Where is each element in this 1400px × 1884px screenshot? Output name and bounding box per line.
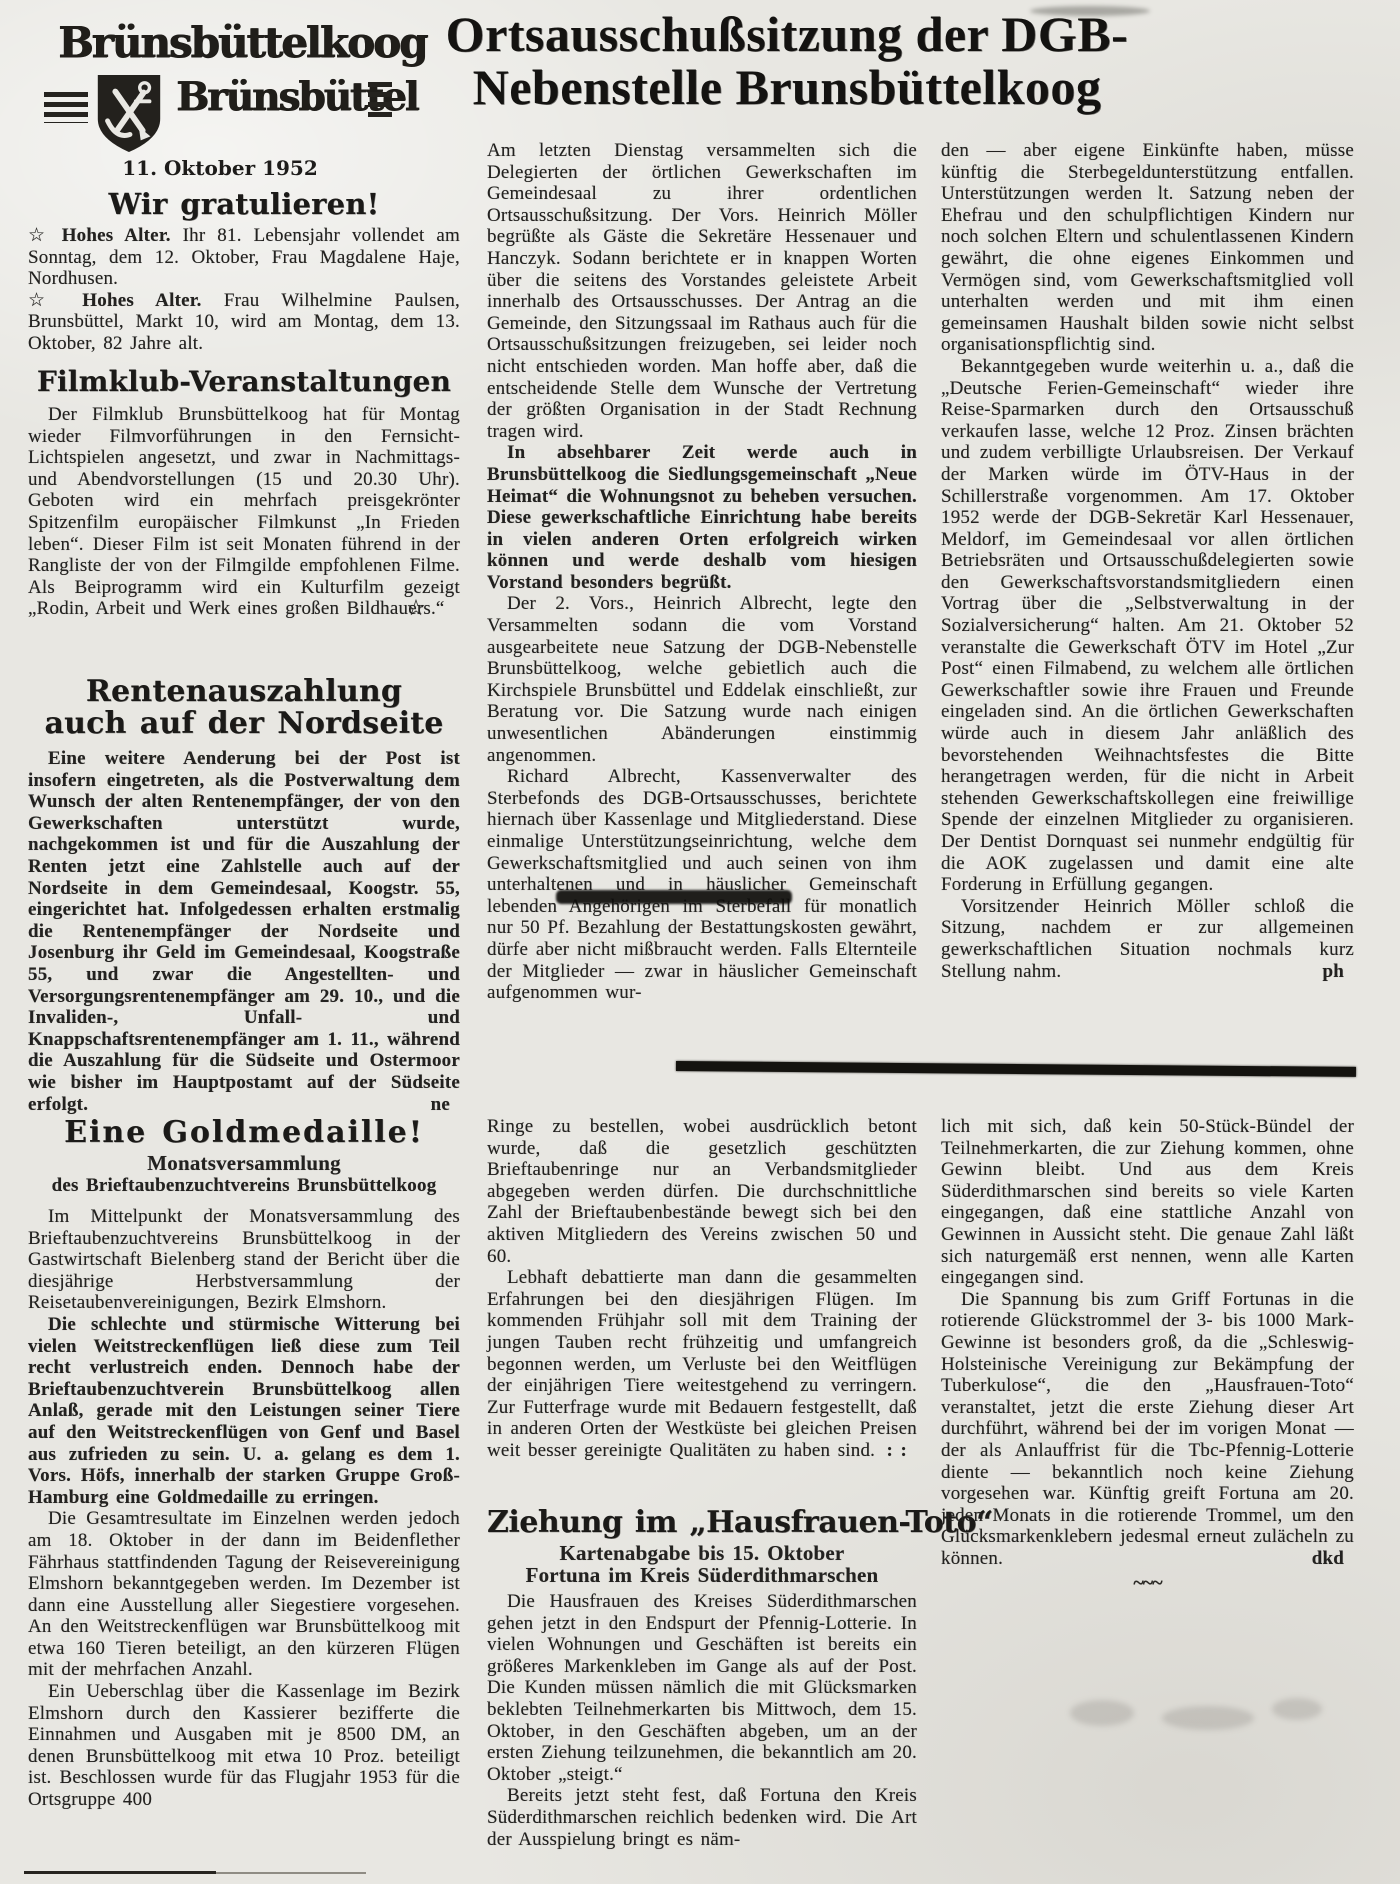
- section-heading: Wir gratulieren!: [28, 188, 460, 220]
- masthead-flourish-right: [368, 82, 392, 122]
- end-squiggle-icon: ~~~: [941, 1573, 1354, 1595]
- section-heading: Eine Goldmedaille!: [28, 1116, 460, 1149]
- paragraph: Die schlechte und stürmische Witterung b…: [28, 1314, 460, 1508]
- pencil-smudge-artifact: [1070, 1700, 1134, 1726]
- paragraph: Die Gesamtresultate im Einzelnen werden …: [28, 1508, 460, 1681]
- paragraph: den — aber eigene Einkünfte haben, müsse…: [941, 140, 1354, 356]
- issue-date: 11. Oktober 1952: [75, 156, 365, 180]
- section-heading: Filmklub-Veranstaltungen: [28, 366, 460, 397]
- section-heading-line1: Rentenauszahlung: [28, 676, 460, 708]
- section-subhead: des Brieftaubenzuchtvereins Brunsbüttelk…: [28, 1175, 460, 1197]
- paragraph: Lebhaft debattierte man dann die gesamme…: [487, 1267, 917, 1461]
- section-heading: Ziehung im „Hausfrauen-Toto“: [487, 1506, 917, 1540]
- section-goldmedaille: Eine Goldmedaille! Monatsversammlung des…: [28, 1116, 460, 1811]
- paragraph: Am letzten Dienstag versammelten sich di…: [487, 140, 917, 442]
- paragraph: Die Hausfrauen des Kreises Süderdithmars…: [487, 1591, 917, 1785]
- paragraph: Ringe zu bestellen, wobei ausdrücklich b…: [487, 1116, 917, 1267]
- paragraph: ☆ Hohes Alter. Frau Wilhelmine Paulsen, …: [28, 290, 460, 355]
- author-initials: ne: [28, 1094, 460, 1116]
- pencil-smudge-artifact: [1162, 1706, 1254, 1730]
- fortuna-continuation-column: lich mit sich, daß kein 50-Stück-Bündel …: [941, 1116, 1354, 1595]
- crossed-anchor-crest-icon: [90, 72, 168, 161]
- paragraph: lich mit sich, daß kein 50-Stück-Bündel …: [941, 1116, 1354, 1289]
- paragraph: Der Filmklub Brunsbüttelkoog hat für Mon…: [28, 404, 460, 620]
- section-subhead: Fortuna im Kreis Süderdithmarschen: [487, 1564, 917, 1586]
- paragraph-lead: Hohes Alter.: [82, 290, 201, 311]
- dgb-article-column-b: den — aber eigene Einkünfte haben, müsse…: [941, 140, 1354, 982]
- pencil-smudge-artifact: [1272, 1698, 1322, 1720]
- main-headline-line1: Ortsausschußsitzung der DGB-: [398, 8, 1176, 61]
- star-icon: ☆: [28, 290, 60, 311]
- paragraph: ☆ Hohes Alter. Ihr 81. Lebensjahr vollen…: [28, 225, 460, 290]
- masthead-flourish-left: [44, 92, 88, 123]
- section-subhead: Kartenabgabe bis 15. Oktober: [487, 1542, 917, 1564]
- star-icon: ☆: [28, 225, 50, 246]
- paragraph-lead: Hohes Alter.: [62, 225, 171, 246]
- section-heading-line2: auch auf der Nordseite: [28, 708, 460, 740]
- section-wir-gratulieren: Wir gratulieren! ☆ Hohes Alter. Ihr 81. …: [28, 188, 460, 355]
- paragraph: Bekanntgegeben wurde weiterhin u. a., da…: [941, 356, 1354, 896]
- tauben-continuation-column: Ringe zu bestellen, wobei ausdrücklich b…: [487, 1116, 917, 1462]
- page-fold-line-faint: [216, 1872, 366, 1874]
- newspaper-page: Brünsbüttelkoog Brünsbüttel 11. Oktober …: [0, 0, 1400, 1884]
- section-filmklub: Filmklub-Veranstaltungen Der Filmklub Br…: [28, 366, 460, 619]
- ink-smudge-artifact: [556, 890, 792, 904]
- paragraph: Im Mittelpunkt der Monatsversammlung des…: [28, 1206, 460, 1314]
- page-fold-line: [24, 1871, 216, 1874]
- paragraph: Bereits jetzt steht fest, daß Fortuna de…: [487, 1785, 917, 1850]
- scan-speck-artifact: [1030, 6, 1150, 16]
- masthead-title-line1: Brünsbüttelkoog: [58, 18, 426, 67]
- section-divider-rule: [676, 1061, 1356, 1077]
- main-headline-line2: Nebenstelle Brunsbüttelkoog: [398, 61, 1176, 114]
- section-rentenauszahlung: Rentenauszahlung auch auf der Nordseite …: [28, 676, 460, 1115]
- paragraph: Eine weitere Aenderung bei der Post ist …: [28, 748, 460, 1115]
- paragraph: Ein Ueberschlag über die Kassenlage im B…: [28, 1681, 460, 1811]
- paragraph: Richard Albrecht, Kassenverwalter des St…: [487, 766, 917, 1004]
- paragraph: Der 2. Vors., Heinrich Albrecht, legte d…: [487, 593, 917, 766]
- paragraph: In absehbarer Zeit werde auch in Brunsbü…: [487, 442, 917, 593]
- section-subhead: Monatsversammlung: [28, 1152, 460, 1175]
- paragraph: Die Spannung bis zum Griff Fortunas in d…: [941, 1289, 1354, 1570]
- main-headline: Ortsausschußsitzung der DGB- Nebenstelle…: [398, 8, 1176, 114]
- section-hausfrauen-toto: Ziehung im „Hausfrauen-Toto“ Kartenabgab…: [487, 1506, 917, 1850]
- dgb-article-column-a: Am letzten Dienstag versammelten sich di…: [487, 140, 917, 1004]
